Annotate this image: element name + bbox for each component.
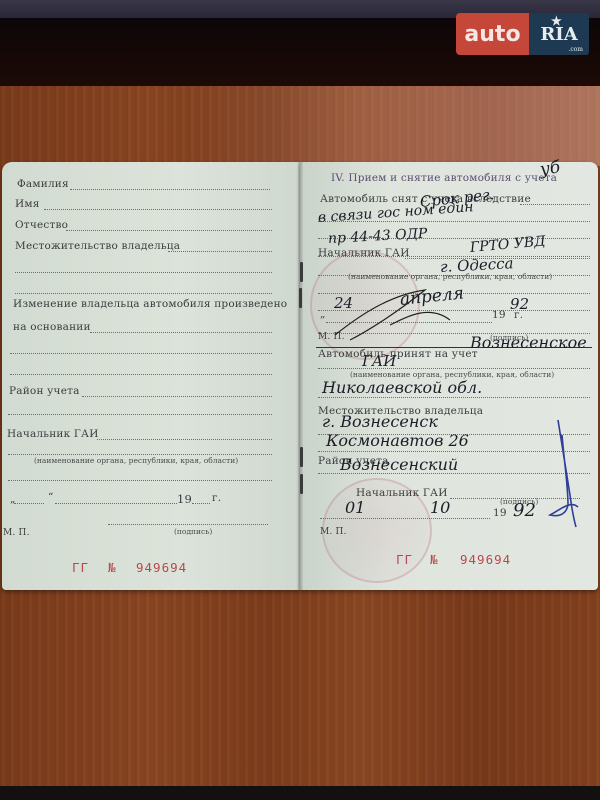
first-name-line [44,209,272,210]
star-icon: ★ [551,14,562,28]
stamp-place-label: М. П. [3,528,30,538]
authority-line-2 [8,480,272,481]
basis-line [90,332,272,333]
surname-label: Фамилия [17,178,69,190]
autoria-watermark: auto ★ RIA .com [456,13,589,55]
signature-caption: (подпись) [174,527,212,536]
owner-residence-line-2 [15,272,272,273]
handwriting-date-2-day: 01 [345,498,365,517]
registration-district-line [82,396,272,397]
handwriting-registered-by-3: Николаевской обл. [322,378,482,397]
serial-number-sign: № [108,560,117,575]
black-signature [330,285,460,345]
date-day-line [14,503,44,504]
serial-number-right: 949694 [460,552,511,567]
patronymic-line [66,230,272,231]
date-month-line [55,503,177,504]
handwriting-date-1-year: 92 [510,295,529,313]
staple-top-1 [300,262,303,282]
stamp-place-label-right-2: М. П. [320,527,347,537]
handwriting-residence-1: г. Вознесенск [322,412,438,431]
staple-bottom-2 [300,474,303,494]
serial-series: ГГ [72,560,89,575]
blue-signature [540,415,585,530]
owner-residence-line [168,251,272,252]
owner-residence-label: Местожительство владельца [15,240,180,252]
gai-chief-label: Начальник ГАИ [7,428,99,440]
serial-number: 949694 [136,560,187,575]
registered-label: Автомобиль принят на учет [318,348,478,360]
owner-change-label: Изменение владельца автомобиля произведе… [13,298,287,310]
gai-chief-label-right: Начальник ГАИ [318,247,410,259]
date-line-right-2 [320,518,490,519]
watermark-auto-label: auto [456,13,529,55]
basis-label: на основании [13,321,91,333]
year-prefix-right: 19 [492,309,506,321]
page-fold [298,162,303,590]
owner-residence-line-3 [15,293,272,294]
background-bottom-strip [0,786,600,800]
basis-line-3 [10,374,272,375]
basis-line-2 [10,353,272,354]
signature-line [108,524,268,525]
serial-number-sign-right: № [430,552,439,567]
handwriting-registered-by-1: Вознесенское [470,333,587,352]
year-suffix: г. [212,492,221,504]
year-prefix-right-2: 19 [493,507,507,519]
date-quote-right: „ [320,308,326,320]
staple-top-2 [299,288,302,308]
handwriting-district: Вознесенский [340,455,458,474]
registration-district-label: Район учета [9,385,80,397]
handwriting-date-2-month: 10 [430,498,450,517]
handwriting-date-2-year: 92 [513,500,536,521]
handwriting-registered-by-2: ГАИ [362,352,396,370]
handwriting-reason-1: уб [539,157,562,180]
light-glare [180,86,600,166]
gai-chief-line [97,439,272,440]
watermark-com-label: .com [568,46,583,53]
registration-district-line-2 [8,414,272,415]
authority-line [8,454,272,455]
serial-series-right: ГГ [396,552,413,567]
staple-bottom-1 [300,447,303,467]
authority-caption: (наименование органа, республики, края, … [34,456,238,465]
date-close-quote: “ [48,491,54,503]
surname-line [70,189,270,190]
section-title: IV. Прием и снятие автомобиля с учета [331,172,557,184]
handwriting-residence-2: Космонавтов 26 [326,431,469,450]
registered-line [318,368,590,369]
year-line [192,503,210,504]
registered-line-2 [318,397,590,398]
year-prefix: 19 [177,492,192,506]
deregistered-line [520,204,590,205]
handwriting-authority-2: г. Одесса [440,254,514,276]
first-name-label: Имя [15,198,40,210]
patronymic-label: Отчество [15,219,68,231]
watermark-ria-block: ★ RIA .com [529,13,589,55]
